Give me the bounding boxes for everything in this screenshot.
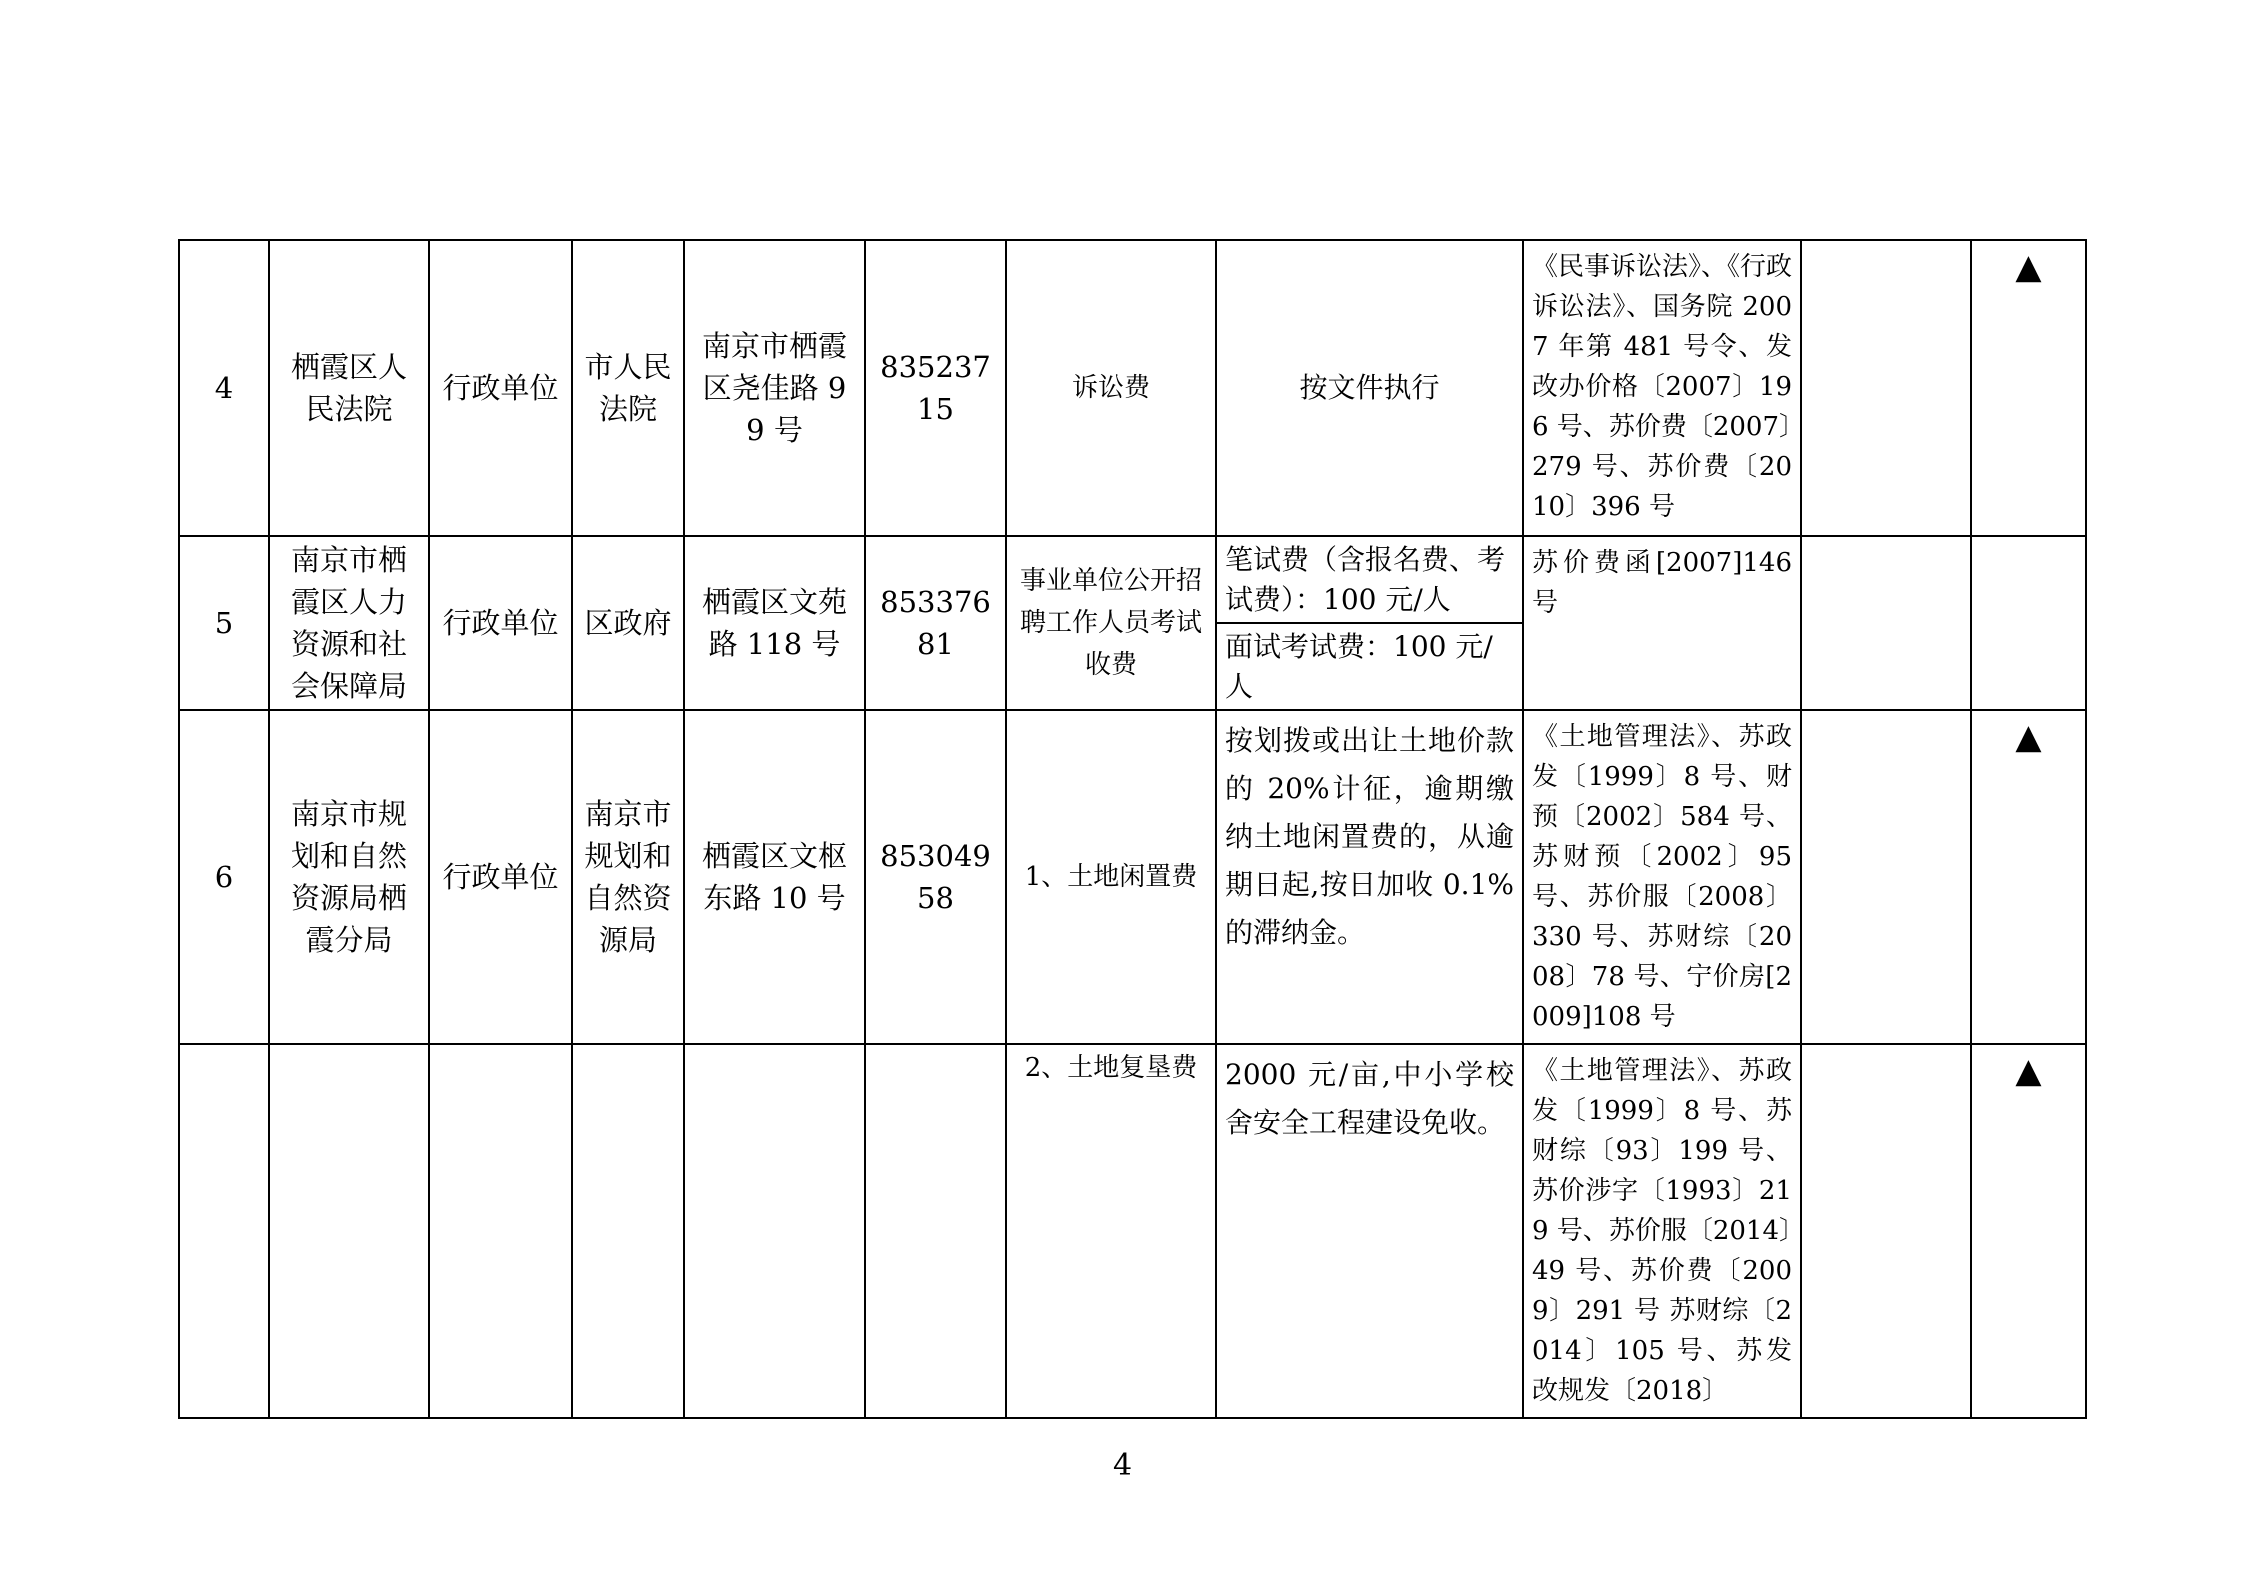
cell-fee-standard: 2000 元/亩,中小学校舍安全工程建设免收。 (1216, 1044, 1523, 1418)
cell-unit-type: 行政单位 (429, 710, 572, 1044)
cell-note (1801, 536, 1971, 710)
cell-supervisor: 市人民法院 (572, 240, 684, 536)
cell-seq: 6 (179, 710, 269, 1044)
cell-phone (865, 1044, 1006, 1418)
cell-note (1801, 710, 1971, 1044)
document-page: 4 栖霞区人民法院 行政单位 市人民法院 南京市栖霞区尧佳路 99 号 8352… (0, 0, 2245, 1587)
cell-supervisor: 区政府 (572, 536, 684, 710)
cell-fee-item: 事业单位公开招聘工作人员考试收费 (1006, 536, 1216, 710)
cell-phone: 85337681 (865, 536, 1006, 710)
fee-schedule-table: 4 栖霞区人民法院 行政单位 市人民法院 南京市栖霞区尧佳路 99 号 8352… (178, 239, 2087, 1419)
cell-seq: 5 (179, 536, 269, 710)
table-row: 2、土地复垦费 2000 元/亩,中小学校舍安全工程建设免收。 《土地管理法》、… (179, 1044, 2086, 1418)
cell-seq: 4 (179, 240, 269, 536)
table-row: 5 南京市栖霞区人力资源和社会保障局 行政单位 区政府 栖霞区文苑路 118 号… (179, 536, 2086, 623)
cell-fee-item: 2、土地复垦费 (1006, 1044, 1216, 1418)
cell-address: 栖霞区文苑路 118 号 (684, 536, 865, 710)
cell-mark-triangle (1971, 536, 2086, 710)
cell-fee-standard-written-exam: 笔试费（含报名费、考试费）：100 元/人 (1216, 536, 1523, 623)
cell-unit-name: 南京市规划和自然资源局栖霞分局 (269, 710, 429, 1044)
cell-seq (179, 1044, 269, 1418)
table-row: 4 栖霞区人民法院 行政单位 市人民法院 南京市栖霞区尧佳路 99 号 8352… (179, 240, 2086, 536)
page-number: 4 (0, 1448, 2245, 1484)
cell-unit-name (269, 1044, 429, 1418)
cell-supervisor: 南京市规划和自然资源局 (572, 710, 684, 1044)
cell-address: 南京市栖霞区尧佳路 99 号 (684, 240, 865, 536)
cell-phone: 85304958 (865, 710, 1006, 1044)
cell-legal-basis: 《土地管理法》、苏政发〔1999〕8 号、财预〔2002〕584 号、苏财预〔2… (1523, 710, 1801, 1044)
cell-unit-name: 南京市栖霞区人力资源和社会保障局 (269, 536, 429, 710)
cell-unit-type: 行政单位 (429, 536, 572, 710)
cell-note (1801, 240, 1971, 536)
cell-legal-basis: 苏价费函[2007]146 号 (1523, 536, 1801, 710)
cell-address: 栖霞区文枢东路 10 号 (684, 710, 865, 1044)
cell-mark-triangle: ▲ (1971, 1044, 2086, 1418)
cell-unit-type (429, 1044, 572, 1418)
cell-unit-name: 栖霞区人民法院 (269, 240, 429, 536)
cell-mark-triangle: ▲ (1971, 240, 2086, 536)
table-row: 6 南京市规划和自然资源局栖霞分局 行政单位 南京市规划和自然资源局 栖霞区文枢… (179, 710, 2086, 1044)
cell-note (1801, 1044, 1971, 1418)
cell-fee-item: 诉讼费 (1006, 240, 1216, 536)
cell-mark-triangle: ▲ (1971, 710, 2086, 1044)
cell-legal-basis: 《土地管理法》、苏政发〔1999〕8 号、苏财综〔93〕199 号、苏价涉字〔1… (1523, 1044, 1801, 1418)
cell-phone: 83523715 (865, 240, 1006, 536)
cell-supervisor (572, 1044, 684, 1418)
cell-fee-standard: 按文件执行 (1216, 240, 1523, 536)
cell-unit-type: 行政单位 (429, 240, 572, 536)
cell-fee-standard: 按划拨或出让土地价款的 20%计征，逾期缴纳土地闲置费的，从逾期日起,按日加收 … (1216, 710, 1523, 1044)
cell-legal-basis: 《民事诉讼法》、《行政诉讼法》、国务院 2007 年第 481 号令、发改办价格… (1523, 240, 1801, 536)
cell-fee-standard-interview-exam: 面试考试费：100 元/人 (1216, 623, 1523, 710)
cell-address (684, 1044, 865, 1418)
cell-fee-item: 1、土地闲置费 (1006, 710, 1216, 1044)
